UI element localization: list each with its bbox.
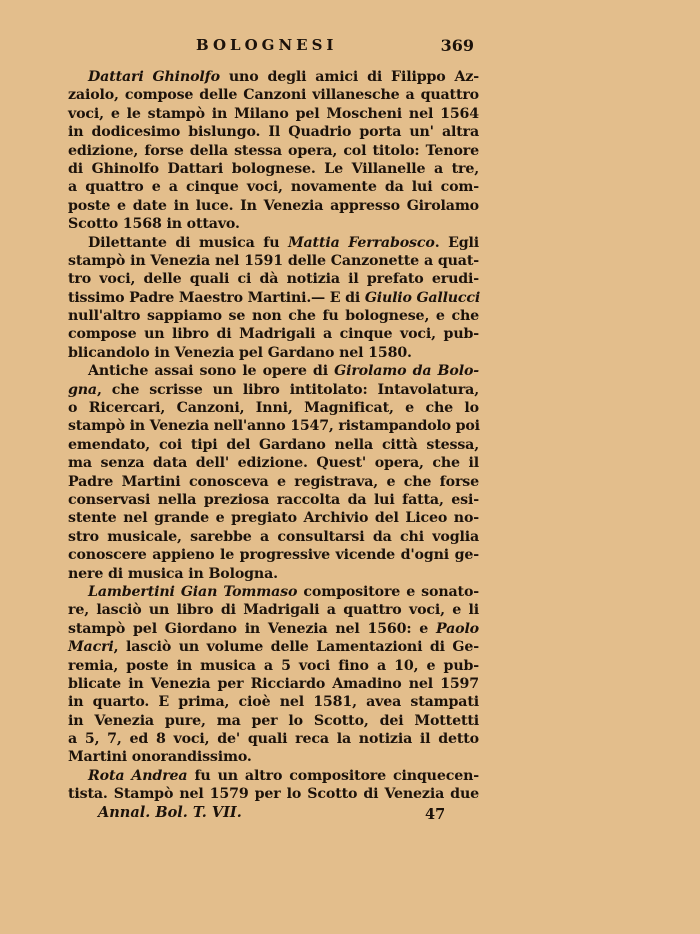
paragraph: Antiche assai sono le opere di Girolamo … — [68, 362, 479, 583]
text-line: emendato, coi tipi del Gardano nella cit… — [68, 436, 479, 454]
text-line: Padre Martini conosceva e registrava, e … — [68, 473, 479, 491]
text-run: a 5, 7, ed 8 voci, de' quali reca la not… — [68, 731, 479, 747]
text-line: stente nel grande e pregiato Archivio de… — [68, 509, 479, 527]
text-run: tro voci, delle quali ci dà notizia il p… — [68, 271, 479, 287]
book-page: BOLOGNESI 369 Dattari Ghinolfo uno degli… — [0, 0, 700, 934]
signature-mark: Annal. Bol. T. VII. — [98, 804, 242, 821]
text-line: voci, e le stampò in Milano pel Moscheni… — [68, 105, 479, 123]
italic-name: Paolo — [436, 621, 479, 637]
text-line: stro musicale, sarebbe a consultarsi da … — [68, 528, 479, 546]
text-run: Antiche assai sono le opere di — [88, 363, 334, 379]
paragraph: Lambertini Gian Tommaso compositore e so… — [68, 583, 479, 767]
text-line: conoscere appieno le progressive vicende… — [68, 546, 479, 564]
text-line: stampò in Venezia nell'anno 1547, ristam… — [68, 417, 479, 435]
text-line: Lambertini Gian Tommaso compositore e so… — [68, 583, 479, 601]
text-line: Rota Andrea fu un altro compositore cinq… — [68, 767, 479, 785]
text-run: stampò in Venezia nel 1591 delle Canzone… — [68, 253, 479, 269]
text-run: in quarto. E prima, cioè nel 1581, avea … — [68, 694, 479, 710]
text-run: tista. Stampò nel 1579 per lo Scotto di … — [68, 786, 479, 802]
text-line: a 5, 7, ed 8 voci, de' quali reca la not… — [68, 730, 479, 748]
text-run: , lasciò un volume delle Lamentazioni di… — [114, 639, 479, 655]
page-number: 369 — [441, 36, 474, 55]
text-run: stampò in Venezia nell'anno 1547, ristam… — [68, 418, 480, 434]
text-line: tro voci, delle quali ci dà notizia il p… — [68, 270, 479, 288]
text-run: a quattro e a cinque voci, novamente da … — [68, 179, 479, 195]
text-run: in dodicesimo bislungo. Il Quadrio porta… — [68, 124, 479, 140]
text-run: compose un libro di Madrigali a cinque v… — [68, 326, 479, 342]
text-line: in dodicesimo bislungo. Il Quadrio porta… — [68, 123, 479, 141]
printer-signature: Annal. Bol. T. VII. 47 — [68, 804, 479, 824]
text-run: ma senza data dell' edizione. Quest' ope… — [68, 455, 479, 471]
text-line: tista. Stampò nel 1579 per lo Scotto di … — [68, 785, 479, 803]
italic-name: Lambertini Gian Tommaso — [88, 584, 297, 600]
text-run: stente nel grande e pregiato Archivio de… — [68, 510, 479, 526]
paragraph: Dilettante di musica fu Mattia Ferrabosc… — [68, 234, 479, 363]
paragraph: Rota Andrea fu un altro compositore cinq… — [68, 767, 479, 804]
text-run: in Venezia pure, ma per lo Scotto, dei M… — [68, 713, 479, 729]
text-run: edizione, forse della stessa opera, col … — [68, 143, 479, 159]
text-line: compose un libro di Madrigali a cinque v… — [68, 325, 479, 343]
text-line: blicandolo in Venezia pel Gardano nel 15… — [68, 344, 479, 362]
text-line: Antiche assai sono le opere di Girolamo … — [68, 362, 479, 380]
text-line: stampò in Venezia nel 1591 delle Canzone… — [68, 252, 479, 270]
text-line: stampò pel Giordano in Venezia nel 1560:… — [68, 620, 479, 638]
text-run: stro musicale, sarebbe a consultarsi da … — [68, 529, 479, 545]
text-line: conservasi nella preziosa raccolta da lu… — [68, 491, 479, 509]
text-run: Martini onorandissimo. — [68, 749, 252, 765]
text-line: in Venezia pure, ma per lo Scotto, dei M… — [68, 712, 479, 730]
text-run: stampò pel Giordano in Venezia nel 1560:… — [68, 621, 436, 637]
italic-name: Giulio Gallucci — [365, 290, 480, 306]
italic-name: gna — [68, 382, 97, 398]
text-run: nere di musica in Bologna. — [68, 566, 278, 582]
text-run: blicate in Venezia per Ricciardo Amadino… — [68, 676, 479, 692]
running-head: BOLOGNESI 369 — [68, 36, 480, 56]
text-run: conoscere appieno le progressive vicende… — [68, 547, 479, 563]
text-line: remia, poste in musica a 5 voci fino a 1… — [68, 657, 479, 675]
text-line: di Ghinolfo Dattari bolognese. Le Villan… — [68, 160, 479, 178]
text-run: fu un altro compositore cinquecen- — [187, 768, 479, 784]
text-line: poste e date in luce. In Venezia appress… — [68, 197, 479, 215]
text-line: a quattro e a cinque voci, novamente da … — [68, 178, 479, 196]
text-run: emendato, coi tipi del Gardano nella cit… — [68, 437, 479, 453]
text-run: re, lasciò un libro di Madrigali a quatt… — [68, 602, 479, 618]
text-line: ma senza data dell' edizione. Quest' ope… — [68, 454, 479, 472]
text-run: o Ricercari, Canzoni, Inni, Magnificat, … — [68, 400, 479, 416]
running-head-title: BOLOGNESI — [196, 36, 337, 54]
text-line: o Ricercari, Canzoni, Inni, Magnificat, … — [68, 399, 479, 417]
text-line: Scotto 1568 in ottavo. — [68, 215, 479, 233]
text-run: zaiolo, compose delle Canzoni villanesch… — [68, 87, 479, 103]
text-line: zaiolo, compose delle Canzoni villanesch… — [68, 86, 479, 104]
text-line: blicate in Venezia per Ricciardo Amadino… — [68, 675, 479, 693]
text-run: Scotto 1568 in ottavo. — [68, 216, 240, 232]
text-line: re, lasciò un libro di Madrigali a quatt… — [68, 601, 479, 619]
italic-name: Mattia Ferrabosco — [288, 235, 435, 251]
text-run: blicandolo in Venezia pel Gardano nel 15… — [68, 345, 412, 361]
signature-number: 47 — [425, 806, 445, 823]
text-run: Dilettante di musica fu — [88, 235, 288, 251]
text-line: tissimo Padre Maestro Martini.— E di Giu… — [68, 289, 479, 307]
text-run: Padre Martini conosceva e registrava, e … — [68, 474, 479, 490]
text-run: di Ghinolfo Dattari bolognese. Le Villan… — [68, 161, 479, 177]
text-run: tissimo Padre Maestro Martini.— E di — [68, 290, 365, 306]
text-line: gna, che scrisse un libro intitolato: In… — [68, 381, 479, 399]
text-run: null'altro sappiamo se non che fu bologn… — [68, 308, 479, 324]
text-line: Macri, lasciò un volume delle Lamentazio… — [68, 638, 479, 656]
text-run: , che scrisse un libro intitolato: Intav… — [97, 382, 479, 398]
italic-name: Rota Andrea — [88, 768, 187, 784]
paragraph: Dattari Ghinolfo uno degli amici di Fili… — [68, 68, 479, 234]
italic-name: Macri — [68, 639, 114, 655]
text-line: null'altro sappiamo se non che fu bologn… — [68, 307, 479, 325]
text-line: in quarto. E prima, cioè nel 1581, avea … — [68, 693, 479, 711]
text-line: nere di musica in Bologna. — [68, 565, 479, 583]
text-run: uno degli amici di Filippo Az- — [220, 69, 479, 85]
text-line: Dattari Ghinolfo uno degli amici di Fili… — [68, 68, 479, 86]
text-run: conservasi nella preziosa raccolta da lu… — [68, 492, 479, 508]
text-run: compositore e sonato- — [297, 584, 479, 600]
italic-name: Dattari Ghinolfo — [88, 69, 220, 85]
text-line: Martini onorandissimo. — [68, 748, 479, 766]
text-run: voci, e le stampò in Milano pel Moscheni… — [68, 106, 479, 122]
text-run: . Egli — [435, 235, 479, 251]
text-run: poste e date in luce. In Venezia appress… — [68, 198, 479, 214]
italic-name: Girolamo da Bolo- — [334, 363, 479, 379]
text-run: remia, poste in musica a 5 voci fino a 1… — [68, 658, 479, 674]
body-text: Dattari Ghinolfo uno degli amici di Fili… — [68, 68, 479, 804]
text-line: Dilettante di musica fu Mattia Ferrabosc… — [68, 234, 479, 252]
text-line: edizione, forse della stessa opera, col … — [68, 142, 479, 160]
